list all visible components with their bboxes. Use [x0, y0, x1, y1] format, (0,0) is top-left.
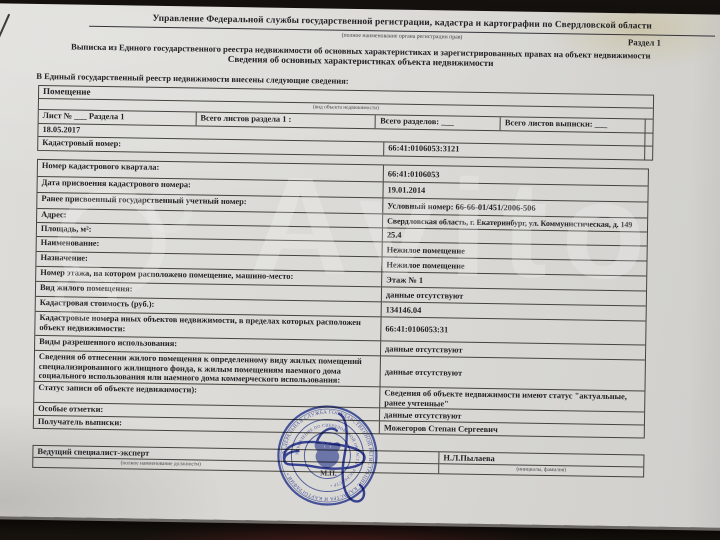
- sheet-cell: Лист № ___ Раздела 1: [39, 110, 196, 125]
- sheet-cell: Всего разделов: ___: [375, 115, 500, 130]
- signatory-column: Н.Л.Пылаева (инициалы, фамилия): [439, 452, 643, 476]
- object-table: Помещение (вид объекта недвижимости) Лис…: [37, 85, 654, 161]
- row-value: Сведения об объекте недвижимости имеют с…: [379, 387, 644, 411]
- cadastral-value: 66:41:0106053:3121: [383, 142, 644, 159]
- section-label: Раздел 1: [628, 37, 661, 48]
- row-value: 66:41:0106053:31: [380, 317, 645, 344]
- empty-cell: [644, 133, 652, 145]
- signature-icon: [260, 398, 396, 512]
- intro-line: В Единый государственный реестр недвижим…: [36, 71, 348, 86]
- paper-sheet: Управление Федеральной службы государств…: [0, 3, 720, 528]
- position-caption: (полное наименование должности): [121, 461, 201, 468]
- empty-cell: [645, 119, 653, 132]
- object-type: Помещение: [39, 86, 94, 99]
- row-label: Сведения об отнесении жилого помещения к…: [35, 351, 380, 386]
- object-type-caption: (вид объекта недвижимости): [313, 106, 379, 112]
- signatory-caption: (инициалы, фамилия): [516, 467, 566, 473]
- document: Управление Федеральной службы государств…: [0, 0, 720, 540]
- sheet-cell: Всего листов выписки: ___: [500, 117, 645, 132]
- row-value: данные отсутствуют: [380, 356, 645, 390]
- details-table: Номер кадастрового квартала:66:41:010605…: [33, 159, 649, 439]
- empty-cell: [644, 146, 652, 159]
